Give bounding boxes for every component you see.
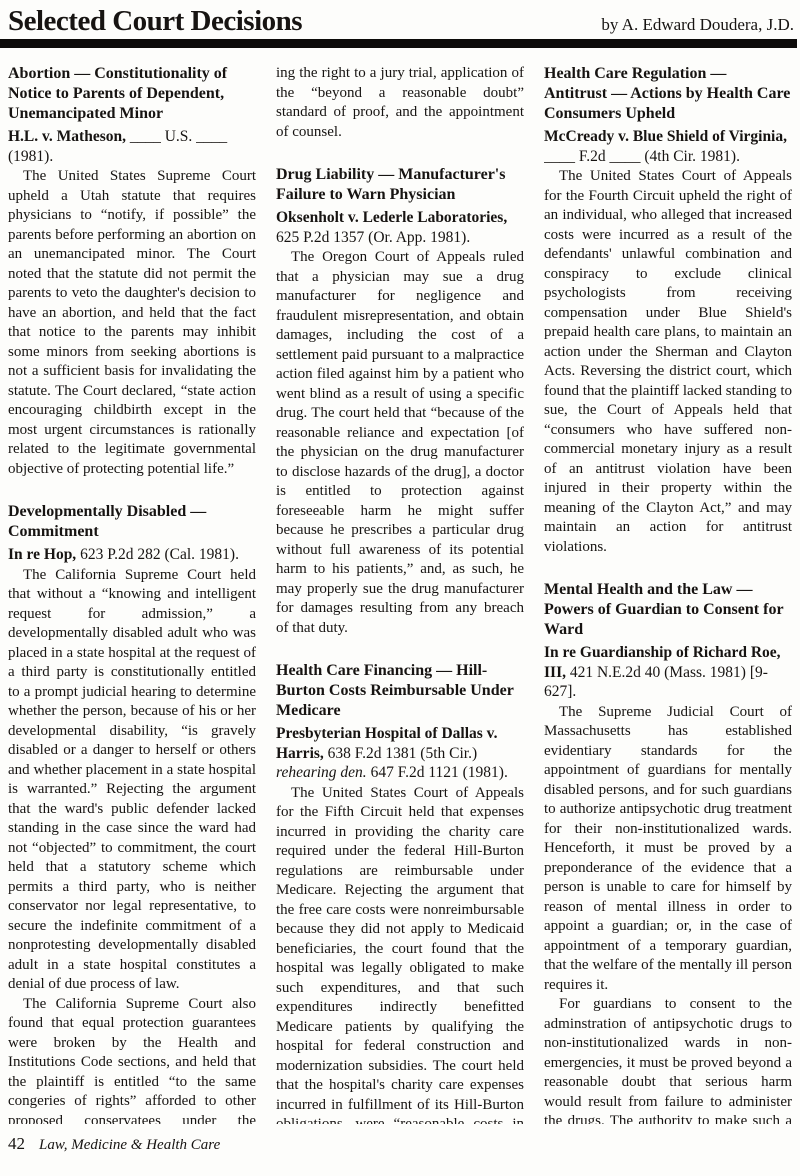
byline: by A. Edward Doudera, J.D.: [601, 15, 794, 35]
column-1: Abortion — Constitutionality of Notice t…: [8, 64, 256, 1124]
column-3: Health Care Regulation — Antitrust — Act…: [544, 64, 792, 1124]
case-citation: In re Guardianship of Richard Roe, III, …: [544, 643, 792, 702]
paragraph: The United States Supreme Court upheld a…: [8, 167, 256, 479]
paragraph: The Oregon Court of Appeals ruled that a…: [276, 248, 524, 638]
citation-segment: McCready v. Blue Shield of Virginia,: [544, 128, 787, 145]
page-footer: 42 Law, Medicine & Health Care: [8, 1134, 220, 1154]
paragraph: The United States Court of Appeals for t…: [276, 784, 524, 1125]
case-citation: H.L. v. Matheson, ____ U.S. ____ (1981).: [8, 127, 256, 166]
section-heading: Drug Liability — Manufacturer's Failure …: [276, 165, 524, 205]
citation-segment: H.L. v. Matheson,: [8, 128, 126, 145]
paragraph: For guardians to consent to the adminstr…: [544, 995, 792, 1124]
citation-segment: 638 F.2d 1381 (5th Cir.): [324, 745, 477, 762]
citation-segment: In re Hop,: [8, 546, 76, 563]
header-rule: [0, 39, 797, 48]
section-heading: Abortion — Constitutionality of Notice t…: [8, 64, 256, 124]
paragraph: The United States Court of Appeals for t…: [544, 167, 792, 557]
paragraph: ing the right to a jury trial, applicati…: [276, 64, 524, 142]
case-citation: Oksenholt v. Lederle Laboratories, 625 P…: [276, 208, 524, 247]
case-citation: Presbyterian Hospital of Dallas v. Harri…: [276, 724, 524, 783]
case-citation: In re Hop, 623 P.2d 282 (Cal. 1981).: [8, 545, 256, 565]
citation-segment: 623 P.2d 282 (Cal. 1981).: [76, 546, 239, 563]
citation-segment: rehearing den.: [276, 764, 367, 781]
case-citation: McCready v. Blue Shield of Virginia, ___…: [544, 127, 792, 166]
footer-page-number: 42: [8, 1134, 25, 1154]
section-heading: Mental Health and the Law — Powers of Gu…: [544, 580, 792, 640]
column-2: ing the right to a jury trial, applicati…: [276, 64, 524, 1124]
section-heading: Developmentally Disabled — Commitment: [8, 502, 256, 542]
citation-segment: 647 F.2d 1121 (1981).: [367, 764, 508, 781]
citation-segment: 625 P.2d 1357 (Or. App. 1981).: [276, 229, 470, 246]
page-header: Selected Court Decisions by A. Edward Do…: [8, 6, 794, 38]
journal-page: Selected Court Decisions by A. Edward Do…: [0, 0, 800, 1176]
section-heading: Health Care Regulation — Antitrust — Act…: [544, 64, 792, 124]
article-columns: Abortion — Constitutionality of Notice t…: [8, 64, 792, 1124]
paragraph: The California Supreme Court held that w…: [8, 566, 256, 995]
footer-journal-title: Law, Medicine & Health Care: [39, 1137, 220, 1154]
paragraph: The Supreme Judicial Court of Massachuse…: [544, 703, 792, 996]
paragraph: The California Supreme Court also found …: [8, 995, 256, 1125]
citation-segment: ____ F.2d ____ (4th Cir. 1981).: [544, 148, 740, 165]
page-title: Selected Court Decisions: [8, 6, 302, 38]
citation-segment: Oksenholt v. Lederle Laboratories,: [276, 209, 507, 226]
citation-segment: 421 N.E.2d 40 (Mass. 1981) [9-627].: [544, 664, 768, 701]
section-heading: Health Care Financing — Hill-Burton Cost…: [276, 661, 524, 721]
